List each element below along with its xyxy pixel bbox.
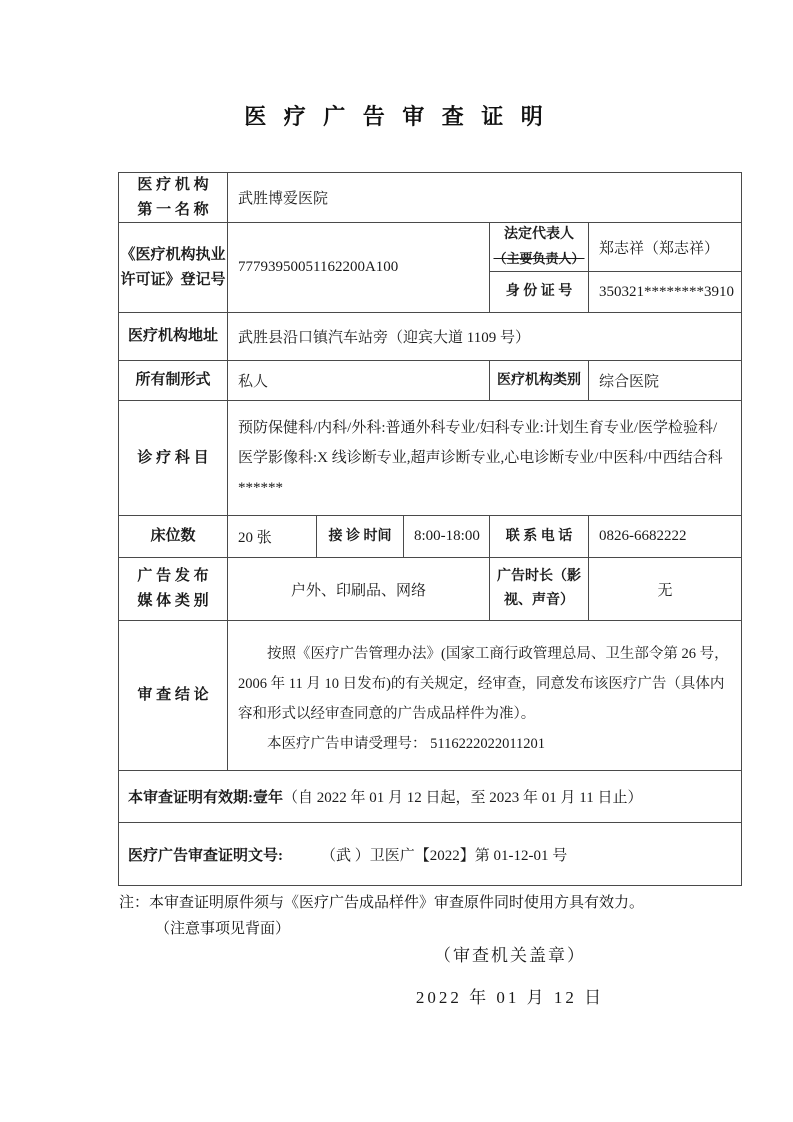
duration-label: 广告时长（影 视、声音） [490,558,589,620]
footer-note-line2: （注意事项见背面） [119,916,759,942]
validity-value: （自 2022 年 01 月 12 日起，至 2023 年 01 月 11 日止… [283,786,642,807]
media-label: 广 告 发 布 媒 体 类 别 [119,558,228,620]
duration-label-line2: 视、声音） [504,589,574,613]
category-label: 医疗机构类别 [490,361,589,400]
footer-note: 注：本审查证明原件须与《医疗广告成品样件》审查原件同时使用方具有效力。 （注意事… [119,890,759,942]
subrow-representative: 法定代表人 （主要负责人） 郑志祥（郑志祥） [490,223,741,272]
departments-value-text: 预防保健科/内科/外科:普通外科专业/妇科专业:计划生育专业/医学检验科/医学影… [238,413,735,503]
institution-name-label-line1: 医 疗 机 构 [137,173,208,198]
hours-value: 8:00-18:00 [404,516,490,557]
row-address: 医疗机构地址 武胜县沿口镇汽车站旁（迎宾大道 1109 号） [119,313,741,361]
certificate-title: 医 疗 广 告 审 查 证 明 [0,100,793,131]
doc-number-value: （武 ）卫医广【2022】第 01-12-01 号 [321,844,567,865]
address-value: 武胜县沿口镇汽车站旁（迎宾大道 1109 号） [228,313,741,360]
beds-value: 20 张 [228,516,317,557]
duration-label-line1: 广告时长（影 [497,565,581,589]
conclusion-paragraph-2: 本医疗广告申请受理号： 5116222022011201 [238,729,733,759]
representative-label-line2-struck: （主要负责人） [493,247,584,271]
conclusion-value: 按照《医疗广告管理办法》(国家工商行政管理总局、卫生部令第 26 号，2006 … [228,621,741,770]
conclusion-text-block: 按照《医疗广告管理办法》(国家工商行政管理总局、卫生部令第 26 号，2006 … [228,625,741,767]
stamp-hint: （审查机关盖章） [230,941,790,966]
doc-number-label: 医疗广告审查证明文号: [128,844,283,865]
row-beds-hours-phone: 床位数 20 张 接 诊 时间 8:00-18:00 联 系 电 话 0826-… [119,516,741,558]
license-number-value: 77793950051162200A100 [228,223,490,312]
validity-cell: 本审查证明有效期:壹年 （自 2022 年 01 月 12 日起，至 2023 … [119,771,741,822]
footer-note-line1: 注：本审查证明原件须与《医疗广告成品样件》审查原件同时使用方具有效力。 [119,890,759,916]
id-number-value: 350321********3910 [589,272,741,312]
address-label: 医疗机构地址 [119,313,228,360]
institution-name-label-line2: 第 一 名 称 [137,198,208,223]
media-label-line1: 广 告 发 布 [137,564,208,589]
duration-value: 无 [589,558,741,620]
ownership-label: 所有制形式 [119,361,228,400]
phone-label: 联 系 电 话 [490,516,589,557]
doc-number-cell: 医疗广告审查证明文号: （武 ）卫医广【2022】第 01-12-01 号 [119,823,741,885]
row-license: 《医疗机构执业 许可证》登记号 77793950051162200A100 法定… [119,223,741,313]
institution-name-value: 武胜博爱医院 [228,173,741,222]
certificate-table: 医 疗 机 构 第 一 名 称 武胜博爱医院 《医疗机构执业 许可证》登记号 7… [118,172,742,886]
row-conclusion: 审 查 结 论 按照《医疗广告管理办法》(国家工商行政管理总局、卫生部令第 26… [119,621,741,771]
validity-label: 本审查证明有效期:壹年 [128,786,283,807]
stamp-block: （审查机关盖章） 2022 年 01 月 12 日 [230,941,790,1008]
institution-name-label: 医 疗 机 构 第 一 名 称 [119,173,228,222]
conclusion-paragraph-1: 按照《医疗广告管理办法》(国家工商行政管理总局、卫生部令第 26 号，2006 … [238,639,733,729]
row-departments: 诊 疗 科 目 预防保健科/内科/外科:普通外科专业/妇科专业:计划生育专业/医… [119,401,741,516]
id-number-label: 身 份 证 号 [490,272,589,312]
phone-value: 0826-6682222 [589,516,741,557]
representative-label-line1: 法定代表人 [504,223,574,247]
representative-value: 郑志祥（郑志祥） [589,223,741,271]
certificate-page: 医 疗 广 告 审 查 证 明 医 疗 机 构 第 一 名 称 武胜博爱医院 《… [0,0,793,1122]
subrow-id-number: 身 份 证 号 350321********3910 [490,272,741,312]
license-label-line2: 许可证》登记号 [120,268,225,293]
row-institution-name: 医 疗 机 构 第 一 名 称 武胜博爱医院 [119,173,741,223]
license-label-line1: 《医疗机构执业 [120,243,225,268]
media-value: 户外、印刷品、网络 [228,558,490,620]
representative-label: 法定代表人 （主要负责人） [490,223,589,271]
issue-date: 2022 年 01 月 12 日 [230,983,790,1008]
beds-label: 床位数 [119,516,228,557]
license-label: 《医疗机构执业 许可证》登记号 [119,223,228,312]
media-label-line2: 媒 体 类 别 [137,589,208,614]
hours-label: 接 诊 时间 [317,516,404,557]
departments-value: 预防保健科/内科/外科:普通外科专业/妇科专业:计划生育专业/医学检验科/医学影… [228,401,741,515]
row-validity: 本审查证明有效期:壹年 （自 2022 年 01 月 12 日起，至 2023 … [119,771,741,823]
row-media-duration: 广 告 发 布 媒 体 类 别 户外、印刷品、网络 广告时长（影 视、声音） 无 [119,558,741,621]
conclusion-label: 审 查 结 论 [119,621,228,770]
row-doc-number: 医疗广告审查证明文号: （武 ）卫医广【2022】第 01-12-01 号 [119,823,741,885]
row-ownership-category: 所有制形式 私人 医疗机构类别 综合医院 [119,361,741,401]
license-right-subgrid: 法定代表人 （主要负责人） 郑志祥（郑志祥） 身 份 证 号 350321***… [490,223,741,312]
category-value: 综合医院 [589,361,741,400]
ownership-value: 私人 [228,361,490,400]
departments-label: 诊 疗 科 目 [119,401,228,515]
